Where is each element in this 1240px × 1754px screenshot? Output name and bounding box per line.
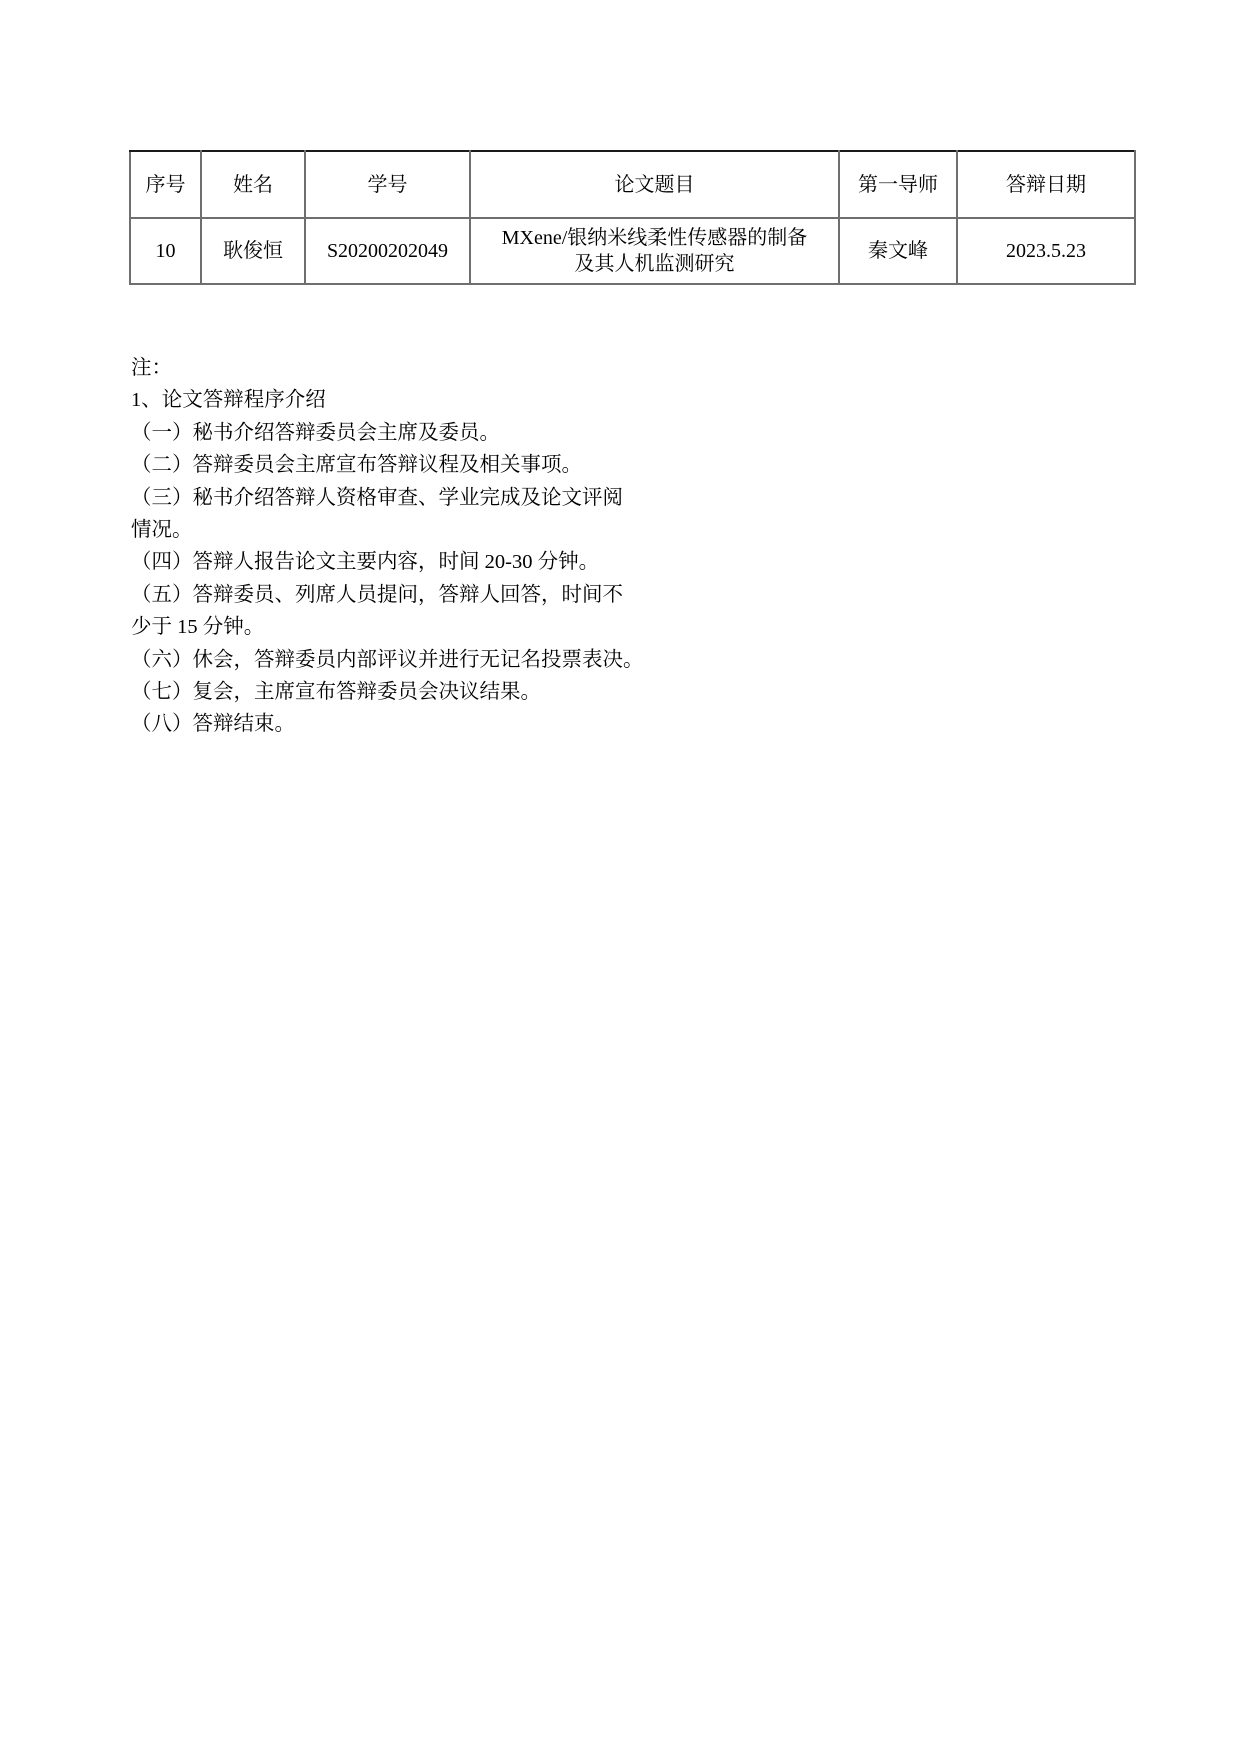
header-name: 姓名 — [201, 151, 305, 218]
header-seq: 序号 — [130, 151, 201, 218]
notes-line: （六）休会，答辩委员内部评议并进行无记名投票表决。 — [131, 644, 691, 676]
cell-defense-date: 2023.5.23 — [957, 218, 1135, 284]
defense-schedule-table: 序号 姓名 学号 论文题目 第一导师 答辩日期 10 耿俊恒 S20200202… — [129, 150, 1136, 285]
document-page: 序号 姓名 学号 论文题目 第一导师 答辩日期 10 耿俊恒 S20200202… — [0, 0, 1240, 1754]
table-header-row: 序号 姓名 学号 论文题目 第一导师 答辩日期 — [130, 151, 1135, 218]
notes-line: （七）复会，主席宣布答辩委员会决议结果。 — [131, 676, 691, 708]
notes-section: 注： 1、论文答辩程序介绍 （一）秘书介绍答辩委员会主席及委员。 （二）答辩委员… — [131, 352, 691, 741]
cell-student-id: S20200202049 — [305, 218, 470, 284]
cell-advisor: 秦文峰 — [839, 218, 957, 284]
notes-label: 注： — [131, 352, 691, 384]
notes-line: （一）秘书介绍答辩委员会主席及委员。 — [131, 417, 691, 449]
thesis-title-line-2: 及其人机监测研究 — [475, 251, 834, 277]
notes-line: （五）答辩委员、列席人员提问，答辩人回答，时间不 — [131, 579, 691, 611]
notes-line: （三）秘书介绍答辩人资格审查、学业完成及论文评阅 — [131, 482, 691, 514]
cell-seq: 10 — [130, 218, 201, 284]
notes-line: （八）答辩结束。 — [131, 708, 691, 740]
notes-line: 少于 15 分钟。 — [131, 611, 691, 643]
cell-name: 耿俊恒 — [201, 218, 305, 284]
header-advisor: 第一导师 — [839, 151, 957, 218]
header-student-id: 学号 — [305, 151, 470, 218]
notes-line: （四）答辩人报告论文主要内容，时间 20-30 分钟。 — [131, 546, 691, 578]
header-defense-date: 答辩日期 — [957, 151, 1135, 218]
header-thesis-title: 论文题目 — [470, 151, 839, 218]
notes-section-heading: 1、论文答辩程序介绍 — [131, 384, 691, 416]
cell-thesis-title: MXene/银纳米线柔性传感器的制备 及其人机监测研究 — [470, 218, 839, 284]
table-row: 10 耿俊恒 S20200202049 MXene/银纳米线柔性传感器的制备 及… — [130, 218, 1135, 284]
thesis-title-line-1: MXene/银纳米线柔性传感器的制备 — [475, 225, 834, 251]
notes-line: 情况。 — [131, 514, 691, 546]
notes-line: （二）答辩委员会主席宣布答辩议程及相关事项。 — [131, 449, 691, 481]
